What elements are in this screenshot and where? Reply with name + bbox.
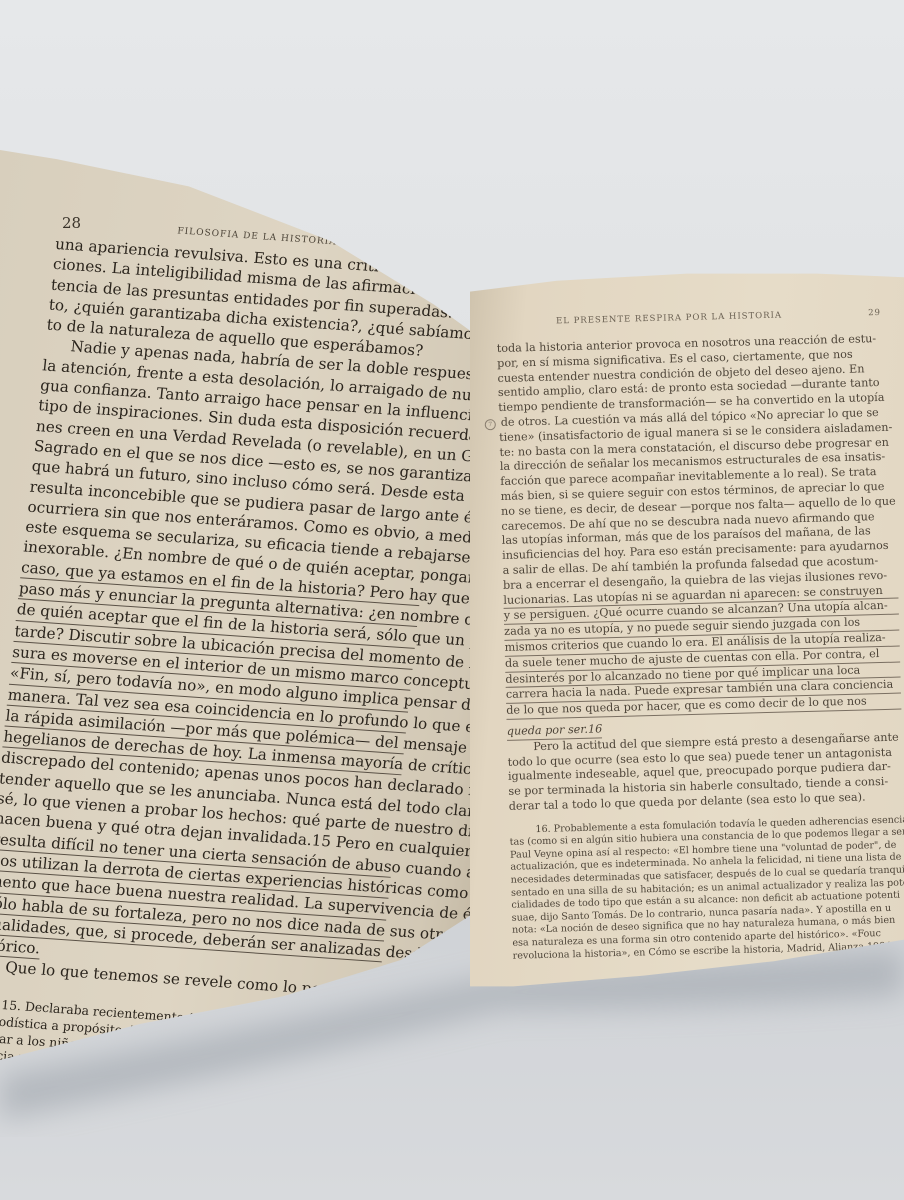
left-page: 28 FILOSOFIA DE LA HISTORIA una aparienc… [0,150,472,1060]
footnote-15: 15. Declaraba recientemente (verano del … [0,994,375,1060]
underlined-text-line: teórico. [0,935,41,960]
page-number-right: 29 [868,308,881,318]
right-page-body: EL PRESENTE RESPIRA POR LA HISTORIA 29 t… [496,308,904,963]
margin-marker-icon: 7 [485,419,496,430]
right-page: EL PRESENTE RESPIRA POR LA HISTORIA 29 t… [470,270,904,990]
footnote-16: 16. Probablemente a esta fomulación toda… [509,814,904,963]
footnote-line: ciencia no hay pruebas, sólo hechos. Uni… [0,1045,370,1060]
right-page-header: EL PRESENTE RESPIRA POR LA HISTORIA 29 [556,308,881,327]
left-page-body: FILOSOFIA DE LA HISTORIA una apariencia … [0,218,457,1060]
text-line: Que lo que tenemos se revele como lo per… [0,956,379,1004]
running-head-right: EL PRESENTE RESPIRA POR LA HISTORIA [556,311,782,327]
